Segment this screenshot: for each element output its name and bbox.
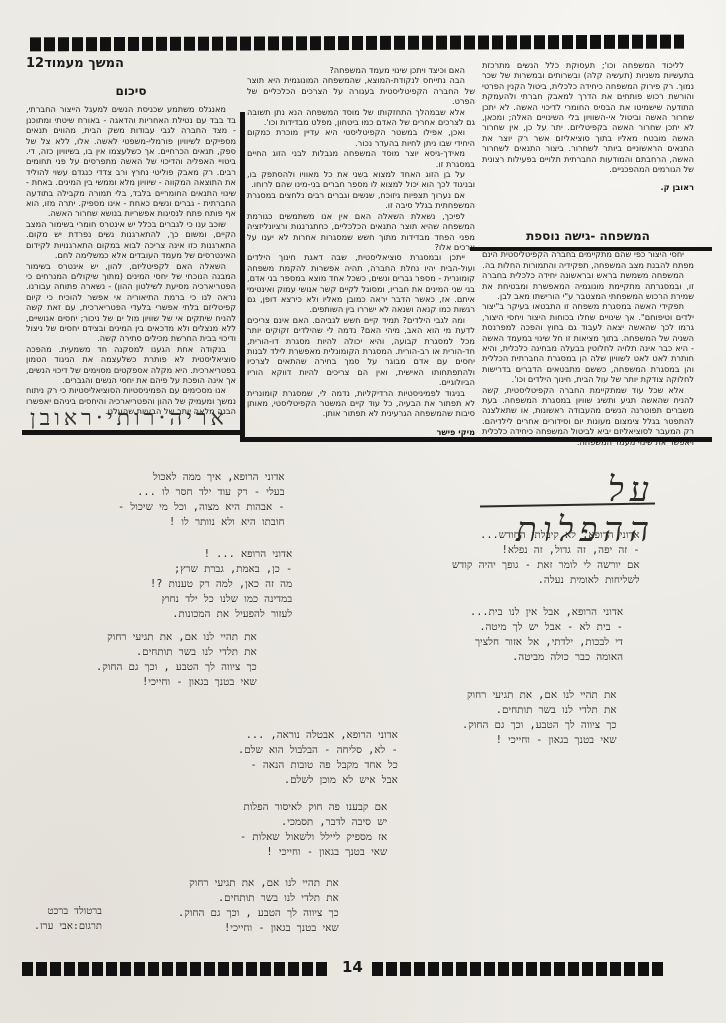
poem-line: אם יורשה לי לומר זאת - גופך יהיה קודש — [452, 558, 640, 573]
middle-article-paragraph: מאידך-גיסא יוצר מוסד המשפחה מגבלות לבני … — [247, 148, 475, 169]
poem-line: אם קבענו פה חוק לאיסור הפלות — [240, 800, 387, 815]
poem-title: על ההפלות — [455, 470, 655, 520]
middle-article-paragraph: אם נערוך תצפיות גיזוכח, שנשים וגברים רבי… — [247, 190, 475, 211]
column-divider — [240, 112, 245, 442]
poem-line: שאי בטנך בגאון - וחייכי ! — [462, 733, 617, 748]
article1-signature: ראובן ק. — [482, 182, 694, 192]
poem-stanza-6: אם קבענו פה חוק לאיסור הפלותיש סיבה לדבר… — [240, 800, 387, 860]
poem-line: מה זה כאן, למה רק טענות ?! — [150, 577, 292, 592]
summary-signature: אריה·רותי·ראובן — [30, 405, 228, 431]
middle-article-paragraph: לפיכך, נשאלת השאלה האם אין אנו משתמשים כ… — [247, 211, 475, 253]
poem-line: אז מספיק ליילל ולשאול שאלות - — [240, 830, 387, 845]
poem-line: חובתו היא ולא נוותר לו ! — [118, 515, 285, 530]
middle-article-body: האם וכיצד ויתכן שינוי מעמד המשפחה?הבה נת… — [247, 65, 475, 419]
article2-paragraph: יחסי היצור כפי שהם מתקיימים בחברה הקפיטל… — [482, 249, 694, 270]
poem-line: את תהיי לנו אם, את תגיעי רחוק — [178, 876, 339, 891]
poem-line: - לא, סליחה - הבלבול הוא שלם. — [238, 743, 398, 758]
poem-line: כך ציווה לך הטבע , וכך גם החוק. — [178, 906, 339, 921]
summary-bottom-rule — [22, 430, 244, 435]
poem-line: אדוני הרופא, אבל אין לנו בית... — [470, 605, 623, 620]
poem-line: תרגום:אבי ערז. — [34, 919, 102, 934]
poem-line: די לבכות, ילדתי, אל אזור חלציך — [470, 635, 623, 650]
article2-paragraph: המשפחה משמשת בראש ובראשונה יחידה כלכלית … — [482, 270, 694, 301]
middle-article-paragraph: הבה נתייחס לנקודת-המוצא, שהמשפחה המונוגמ… — [247, 75, 475, 106]
poem-line: אדוני הרופא ... ! — [150, 547, 292, 562]
bottom-decorative-rule-left — [22, 962, 330, 976]
poem-credit: ברטולד ברכטתרגום:אבי ערז. — [34, 904, 102, 934]
poem-line: בעלי - רק עוד ילד חסר לו ... — [118, 485, 285, 500]
poem-stanza-3: אדוני הרופא, אבל אין לנו בית...- בית לא … — [470, 605, 623, 665]
poem-line: אדוני הרופא, לא קיבלתי החודש... — [452, 528, 640, 543]
page-number: 14 — [342, 958, 363, 976]
poem-line: שאי בטנך בגאון - וחייכי! — [178, 921, 339, 936]
poem-line: את תלדי לנו בשר תותחים. — [178, 891, 339, 906]
poem-line: כך ציווה לך הטבע, וכך גם החוק. — [462, 718, 617, 733]
poem-line: - בית לא - אבל יש לך מיטה. — [470, 620, 623, 635]
article1-tail: לליכוד המשפחה וכו'; תעסוקת כלל הנשים מתר… — [482, 60, 694, 174]
article2-body: יחסי היצור כפי שהם מתקיימים בחברה הקפיטל… — [482, 249, 694, 447]
continued-from-label: המשך מעמוד12 — [26, 56, 124, 71]
summary-article: סיכום מאנגלס משתמע שכניסת הנשים למעגל הי… — [26, 82, 236, 417]
middle-article-paragraph: האם וכיצד ויתכן שינוי מעמד המשפחה? — [247, 65, 475, 75]
poem-line: ברטולד ברכט — [34, 904, 102, 919]
right-articles: לליכוד המשפחה וכו'; תעסוקת כלל הנשים מתר… — [482, 60, 694, 447]
middle-article-paragraph: על בן הזוג האחד למצוא בשני את כל מאוויו … — [247, 169, 475, 190]
poem-line: שאי בטנך בגאון - וחייכי ! — [240, 845, 387, 860]
poem-line: אדוני הרופא, איך ממה לאכול — [118, 470, 285, 485]
summary-paragraph: השאלה האם לקפיטליזם, להון, יש אינטרס בשי… — [26, 261, 236, 344]
poem-line: את תהיי לנו אם, את תגיעי רחוק — [96, 630, 257, 645]
poem-line: כך ציווה לך הטבע , וכך גם החוק. — [96, 660, 257, 675]
middle-article-signature: מיקי פישר — [247, 427, 475, 437]
poem-line: - כן, באמת, גברת שרץ; — [150, 562, 292, 577]
poem-line: אבל איש לא מוכן לשלם. — [238, 773, 398, 788]
poem-line: שאי בטנך בגאון - וחייכי! — [96, 675, 257, 690]
article2-paragraph: תפקידי האשה במסגרת משפחה זו התבטאו בעיקר… — [482, 301, 694, 384]
middle-article-paragraph: אלא שבמהלך התחזקותו של מוסד המשפחה הנא נ… — [247, 107, 475, 128]
poem-line: האומה כבר כולה מביטה. — [470, 650, 623, 665]
middle-article-paragraph: ומה לגבי הילדים? תמיד קיים חשש לגביהם. ה… — [247, 315, 475, 388]
poem-line: את תלדי לנו בשר תותחים. — [462, 703, 617, 718]
poem-stanza-4: אדוני הרופא ... !- כן, באמת, גברת שרץ;מה… — [150, 547, 292, 622]
summary-paragraph: בנקודה אחת הגענו למסקנה חד משמעית. מהפכה… — [26, 344, 236, 386]
poem-stanza-2: אדוני הרופא, איך ממה לאכולבעלי - רק עוד … — [118, 470, 285, 530]
article1-paragraph: לליכוד המשפחה וכו'; תעסוקת כלל הנשים מתר… — [482, 60, 694, 174]
poem-line: את תלדי לנו בשר תותחים. — [96, 645, 257, 660]
poem-line: לשליחות לאומית נעלה. — [452, 573, 640, 588]
poem-refrain-left: את תהיי לנו אם, את תגיעי רחוקאת תלדי לנו… — [96, 630, 257, 690]
top-decorative-rule — [30, 35, 684, 52]
summary-title: סיכום — [26, 86, 236, 96]
poem-line: - זה יפה, זה גדול, זה נפלא! — [452, 543, 640, 558]
poem-stanza-5: אדוני הרופא, אבטלה נוראה, ...- לא, סליחה… — [238, 728, 398, 788]
poem-line: יש סיבה לדבר, תסמכי. — [240, 815, 387, 830]
article-separator-rule — [470, 247, 712, 251]
box-bottom-rule — [240, 437, 712, 442]
poem-line: לעזור להפעיל את המכונות. — [150, 607, 292, 622]
poem-line: במדינה כמו שלנו כל ילד נחוץ — [150, 592, 292, 607]
middle-article-paragraph: ייתכן ובמסגרת סוציאליסטית, שבה דאגת חינו… — [247, 252, 475, 314]
summary-paragraph: שוכב ענו כי לגברים בכלל יש אינטרס חומרי … — [26, 219, 236, 261]
poem-stanza-1: אדוני הרופא, לא קיבלתי החודש...- זה יפה,… — [452, 528, 640, 588]
middle-article: האם וכיצד ויתכן שינוי מעמד המשפחה?הבה נת… — [247, 65, 475, 437]
poem-line: כל אחד מקבל פה טובות הנאה - — [238, 758, 398, 773]
bottom-decorative-rule-right — [372, 962, 664, 976]
poem-line: אדוני הרופא, אבטלה נוראה, ... — [238, 728, 398, 743]
poem-line: את תהיי לנו אם, את תגיעי רחוק — [462, 688, 617, 703]
poem-line: - אבהות היא מצוה, וכל מי שיכול - — [118, 500, 285, 515]
poem-refrain-final: את תהיי לנו אם, את תגיעי רחוקאת תלדי לנו… — [178, 876, 339, 936]
summary-paragraph: מאנגלס משתמע שכניסת הנשים למעגל הייצור ה… — [26, 104, 236, 218]
middle-article-paragraph: בניגוד לפמיניסטיות הרדיקליות, נדמה לי, ש… — [247, 388, 475, 419]
article2-title: המשפחה -גישה נוספת — [482, 231, 694, 241]
summary-body: מאנגלס משתמע שכניסת הנשים למעגל הייצור ה… — [26, 104, 236, 416]
middle-article-paragraph: ואכן, אפילו במשטר הקפיטליסטי היא עדיין מ… — [247, 127, 475, 148]
poem-refrain-right: את תהיי לנו אם, את תגיעי רחוקאת תלדי לנו… — [462, 688, 617, 748]
